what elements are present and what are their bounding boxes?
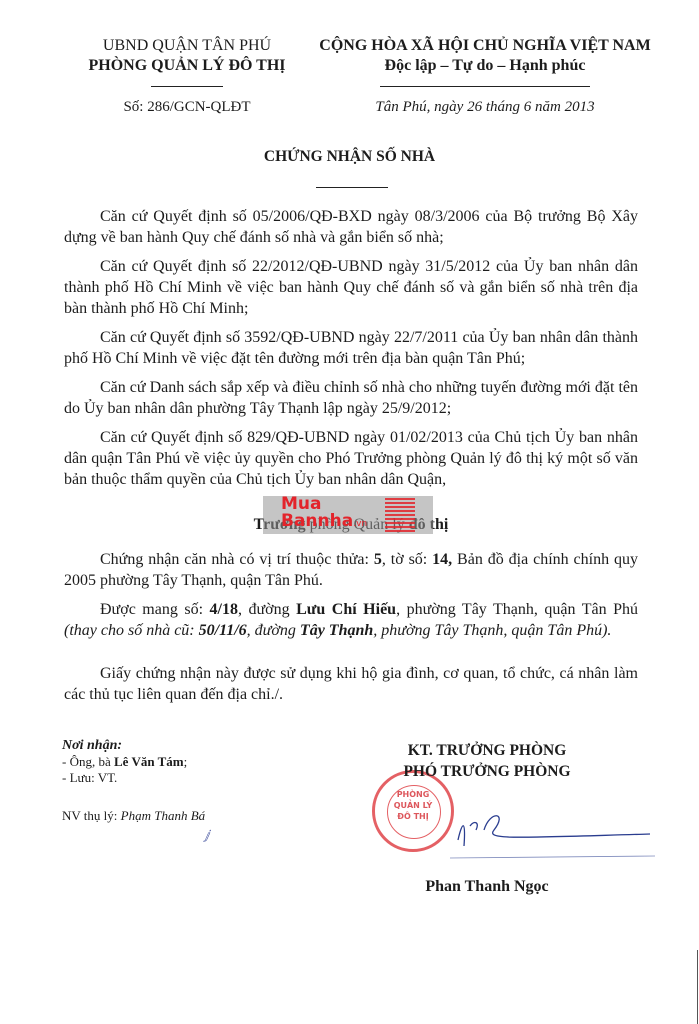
document-body: Căn cứ Quyết định số 05/2006/QĐ-BXD ngày…	[64, 206, 638, 713]
legal-basis-2: Căn cứ Quyết định số 22/2012/QĐ-UBND ngà…	[64, 256, 638, 319]
recipients: Nơi nhận: - Ông, bà Lê Văn Tám; - Lưu: V…	[62, 738, 187, 786]
usage-paragraph: Giấy chứng nhận này được sử dụng khi hộ …	[64, 663, 638, 705]
building-icon	[385, 498, 415, 532]
legal-basis-4: Căn cứ Danh sách sắp xếp và điều chỉnh s…	[64, 377, 638, 419]
district-name: UBND QUẬN TÂN PHÚ	[62, 36, 312, 56]
issuing-authority: UBND QUẬN TÂN PHÚ PHÒNG QUẢN LÝ ĐÔ THỊ S…	[62, 36, 312, 116]
watermark-logo: Mua Bannha.vn	[263, 496, 433, 534]
handling-officer: NV thụ lý: Phạm Thanh Bá	[62, 808, 205, 824]
page-edge	[697, 950, 698, 1024]
country-name: CỘNG HÒA XÃ HỘI CHỦ NGHĨA VIỆT NAM	[300, 36, 670, 56]
recipient-1: - Ông, bà Lê Văn Tám;	[62, 754, 187, 770]
house-number: 4/18	[210, 601, 238, 618]
parcel-number: 5	[374, 551, 382, 568]
divider	[316, 187, 388, 188]
street-name: Lưu Chí Hiếu	[296, 601, 396, 618]
initial-mark-icon: ⅉ	[205, 828, 209, 843]
divider	[151, 86, 223, 87]
certification-paragraph: Chứng nhận căn nhà có vị trí thuộc thửa:…	[64, 549, 638, 591]
national-header: CỘNG HÒA XÃ HỘI CHỦ NGHĨA VIỆT NAM Độc l…	[300, 36, 670, 116]
place-date: Tân Phú, ngày 26 tháng 6 năm 2013	[300, 99, 670, 116]
address-paragraph: Được mang số: 4/18, đường Lưu Chí Hiếu, …	[64, 599, 638, 641]
signatory-title-2: PHÓ TRƯỞNG PHÒNG	[372, 761, 602, 782]
document-number: Số: 286/GCN-QLĐT	[62, 99, 312, 116]
document-page: UBND QUẬN TÂN PHÚ PHÒNG QUẢN LÝ ĐÔ THỊ S…	[0, 0, 699, 1024]
legal-basis-3: Căn cứ Quyết định số 3592/QĐ-UBND ngày 2…	[64, 327, 638, 369]
document-title: CHỨNG NHẬN SỐ NHÀ	[0, 148, 699, 166]
official-seal: PHÒNG QUẢN LÝ ĐÔ THỊ	[372, 770, 454, 852]
signatory-title-1: KT. TRƯỞNG PHÒNG	[372, 740, 602, 761]
signer-name: Phan Thanh Ngọc	[372, 878, 602, 896]
department-name: PHÒNG QUẢN LÝ ĐÔ THỊ	[62, 56, 312, 76]
legal-basis-1: Căn cứ Quyết định số 05/2006/QĐ-BXD ngày…	[64, 206, 638, 248]
sheet-number: 14,	[432, 551, 452, 568]
legal-basis-5: Căn cứ Quyết định số 829/QĐ-UBND ngày 01…	[64, 427, 638, 490]
watermark-text: Mua Bannha.vn	[281, 496, 367, 533]
handwritten-signature-icon	[450, 800, 660, 860]
divider	[380, 86, 590, 87]
old-address: (thay cho số nhà cũ: 50/11/6, đường Tây …	[64, 622, 611, 639]
recipient-2: - Lưu: VT.	[62, 770, 187, 786]
signature-block: KT. TRƯỞNG PHÒNG PHÓ TRƯỞNG PHÒNG	[372, 740, 602, 782]
national-motto: Độc lập – Tự do – Hạnh phúc	[300, 56, 670, 76]
